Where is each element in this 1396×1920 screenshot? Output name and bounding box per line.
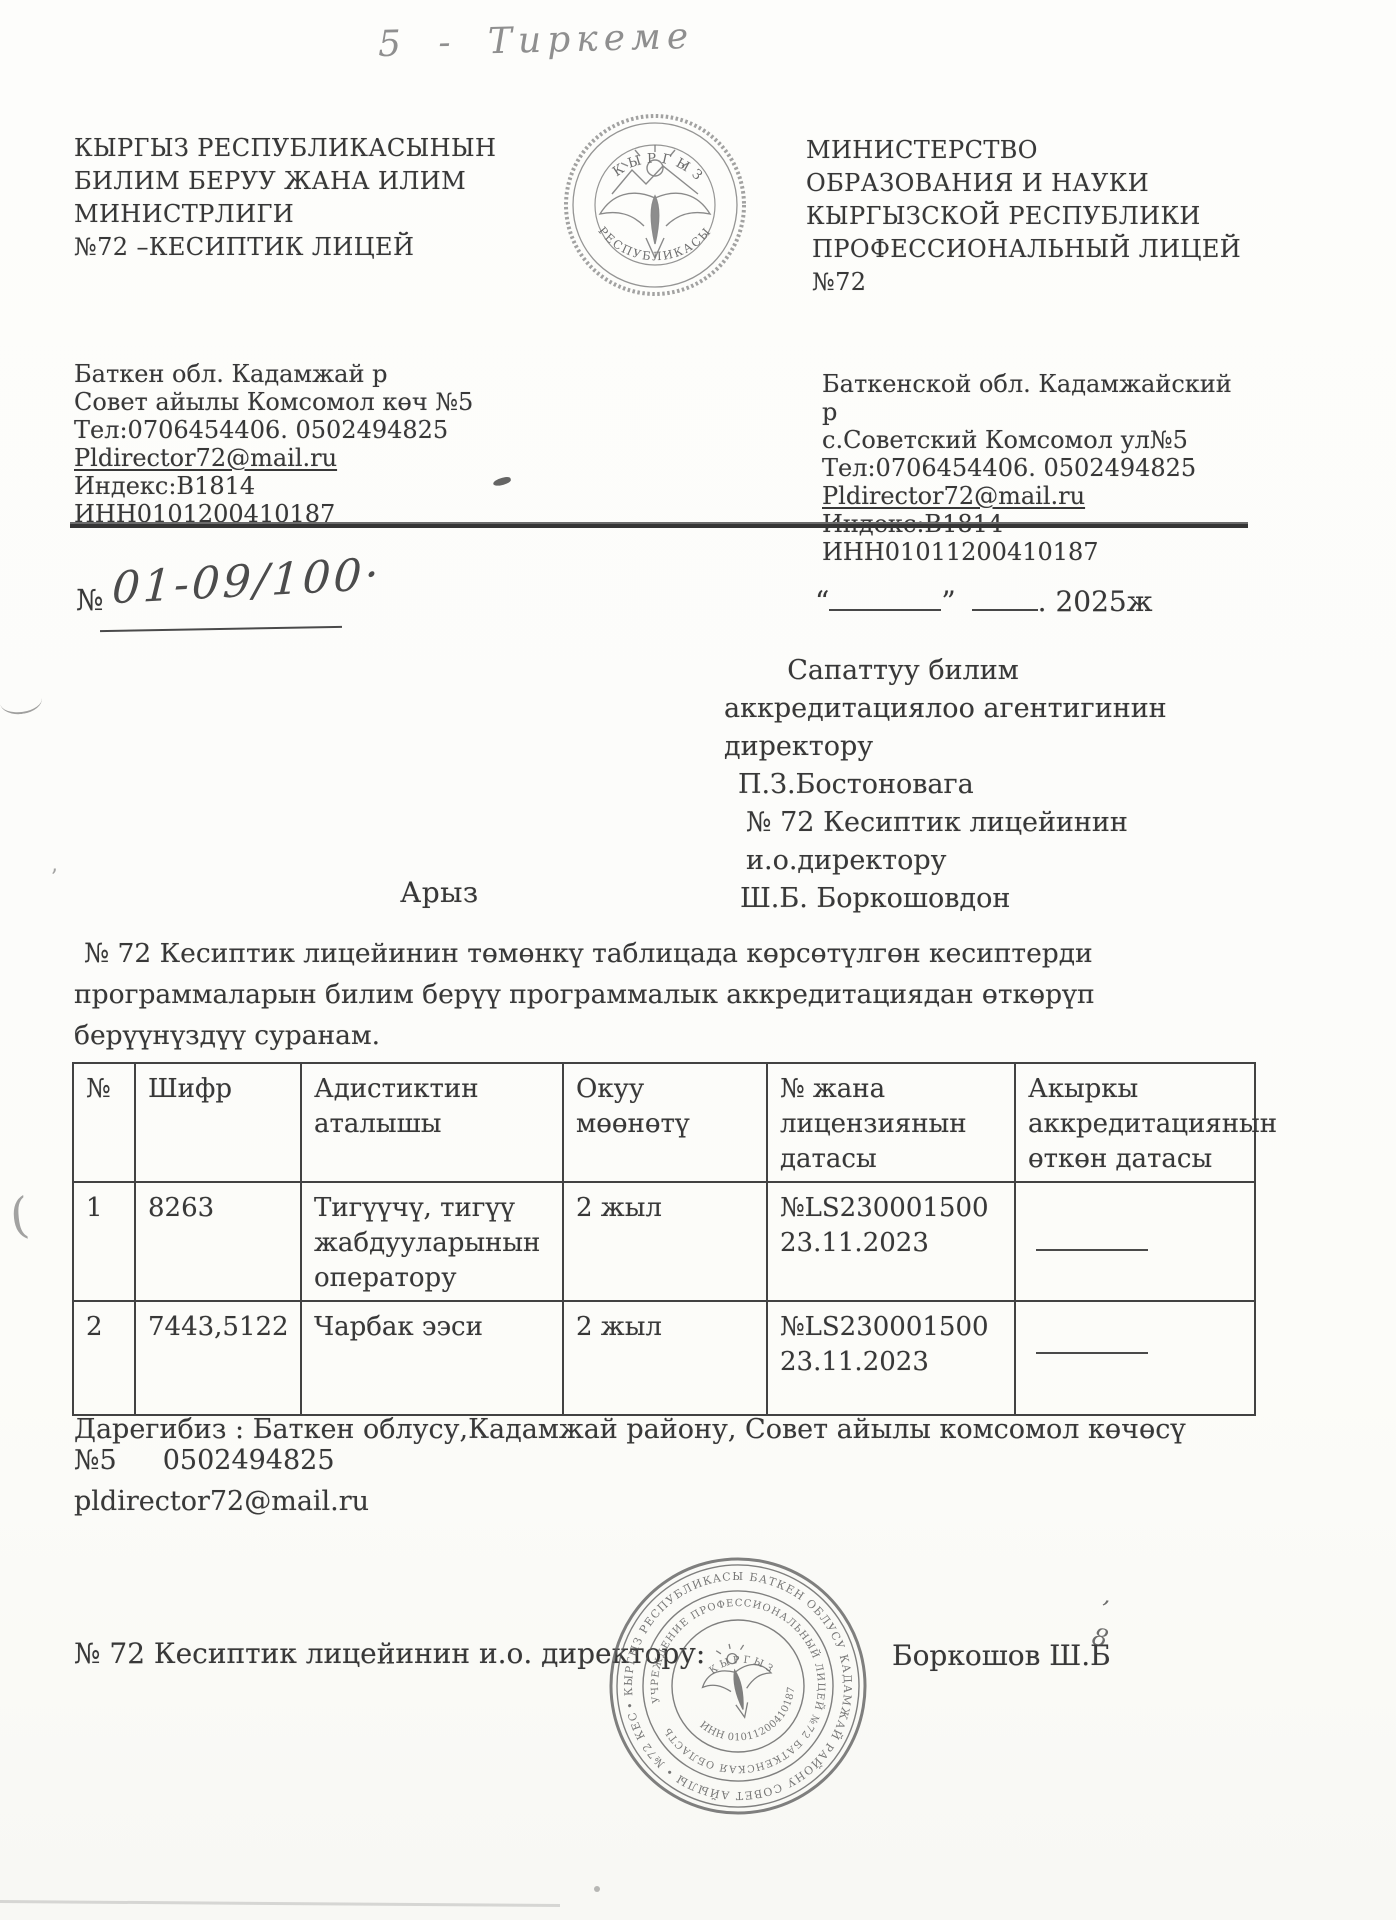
scan-artifact-bottom-edge-line <box>0 1900 560 1907</box>
scan-artifact-margin-bracket: ( <box>7 1187 31 1245</box>
cell-duration: 2 жыл <box>563 1182 767 1301</box>
letterhead-kyrgyz-line: №72 –КЕСИПТИК ЛИЦЕЙ <box>74 231 514 264</box>
scanned-document-page: 5 - Тиркеме КЫРГЫЗ РЕСПУБЛИКАСЫНЫН БИЛИМ… <box>0 0 1396 1920</box>
license-date: 23.11.2023 <box>780 1226 1002 1261</box>
contact-line: Баткен обл. Кадамжай р <box>74 360 494 388</box>
ref-number-underline <box>100 626 342 632</box>
addressee-line: Ш.Б. Боркошовдон <box>724 880 1232 918</box>
addressee-block: Сапаттуу билим аккредитациялоо агентигин… <box>724 652 1232 918</box>
application-title: Арыз <box>400 876 479 909</box>
contact-email: Pldirector72@mail.ru <box>822 482 1085 510</box>
addressee-line: № 72 Кесиптик лицейинин и.о.директору <box>724 804 1232 880</box>
svg-text:КЫРГЫЗ: КЫРГЫЗ <box>610 151 709 187</box>
contact-line: ИНН01011200410187 <box>822 538 1252 566</box>
col-header-code: Шифр <box>135 1063 301 1182</box>
scan-artifact-ink-smudge <box>492 476 511 487</box>
svg-text:ИНН 01011200410187: ИНН 01011200410187 <box>693 1684 807 1753</box>
license-date: 23.11.2023 <box>780 1345 1002 1380</box>
col-header-last-accreditation: Акыркы аккредитациянын өткөн датасы <box>1015 1063 1255 1182</box>
stamp-center-emblem <box>695 1637 779 1725</box>
contact-line: Тел:0706454406. 0502494825 <box>822 454 1252 482</box>
cell-no: 2 <box>73 1301 135 1415</box>
scan-artifact-comma-mark: ʼ <box>50 866 57 891</box>
footer-address-line: Дарегибиз : Баткен облусу,Кадамжай район… <box>74 1414 1396 1476</box>
cell-license: №LS230001500 23.11.2023 <box>767 1182 1015 1301</box>
addressee-line: аккредитациялоо агентигинин директору <box>724 690 1232 766</box>
contact-email: Pldirector72@mail.ru <box>74 444 337 472</box>
col-header-no: № <box>73 1063 135 1182</box>
cell-last-accreditation <box>1015 1301 1255 1415</box>
contact-line: Совет айылы Комсомол көч №5 <box>74 388 494 416</box>
cell-specialty: Чарбак ээси <box>301 1301 563 1415</box>
official-stamp: • КЫРГЫЗ РЕСПУБЛИКАСЫ БАТКЕН ОБЛУСУ КАДА… <box>604 1552 872 1820</box>
letterhead-russian-line: ПРОФЕССИОНАЛЬНЫЙ ЛИЦЕЙ №72 <box>806 233 1246 299</box>
license-number: №LS230001500 <box>780 1191 1002 1226</box>
date-open-quote: “ <box>815 585 829 618</box>
col-header-specialty: Адистиктин аталышы <box>301 1063 563 1182</box>
signatory-name: Боркошов Ш.Б <box>892 1639 1111 1672</box>
contact-block-russian: Баткенской обл. Кадамжайский р с.Советск… <box>822 370 1252 566</box>
date-day-blank <box>829 585 941 611</box>
cell-no: 1 <box>73 1182 135 1301</box>
col-header-duration: Окуу мөөнөтү <box>563 1063 767 1182</box>
letterhead-russian-line: КЫРГЫЗСКОЙ РЕСПУБЛИКИ <box>806 200 1246 233</box>
table-row: 2 7443,5122 Чарбак ээси 2 жыл №LS2300015… <box>73 1301 1255 1415</box>
blank-underline <box>1036 1249 1148 1251</box>
cell-code: 7443,5122 <box>135 1301 301 1415</box>
emblem-top-text: КЫРГЫЗ <box>610 151 709 187</box>
national-emblem: КЫРГЫЗ РЕСПУБЛИКАСЫ <box>560 110 750 300</box>
letterhead-kyrgyz: КЫРГЫЗ РЕСПУБЛИКАСЫНЫН БИЛИМ БЕРУУ ЖАНА … <box>74 132 514 264</box>
stamp-inn-text: ИНН 01011200410187 <box>693 1684 807 1753</box>
scan-artifact-margin-squiggle <box>0 685 44 717</box>
letterhead-kyrgyz-line: БИЛИМ БЕРУУ ЖАНА ИЛИМ <box>74 165 514 198</box>
date-month-blank <box>972 585 1038 611</box>
letterhead-kyrgyz-line: КЫРГЫЗ РЕСПУБЛИКАСЫНЫН <box>74 132 514 165</box>
addressee-line: П.З.Бостоновага <box>724 766 1232 804</box>
handwritten-attachment-note: 5 - Тиркеме <box>378 16 695 65</box>
contact-line: Баткенской обл. Кадамжайский р <box>822 370 1252 426</box>
header-divider <box>70 522 1248 528</box>
handwritten-ref-number: 01-09/100· <box>111 549 383 614</box>
footer-phone: 0502494825 <box>163 1445 335 1476</box>
ref-number-label: № <box>76 583 103 617</box>
application-body: № 72 Кесиптик лицейинин төмөнкү таблицад… <box>74 933 1262 1056</box>
cell-last-accreditation <box>1015 1182 1255 1301</box>
scan-artifact-pen-curl: ʼ8 <box>1089 1595 1117 1653</box>
letterhead-russian: МИНИСТЕРСТВО ОБРАЗОВАНИЯ И НАУКИ КЫРГЫЗС… <box>806 134 1246 299</box>
national-emblem-graphic: КЫРГЫЗ РЕСПУБЛИКАСЫ <box>560 110 750 300</box>
contact-line: Индекс:B1814 <box>74 472 494 500</box>
official-stamp-graphic: • КЫРГЫЗ РЕСПУБЛИКАСЫ БАТКЕН ОБЛУСУ КАДА… <box>604 1552 872 1820</box>
blank-underline <box>1036 1352 1148 1354</box>
license-number: №LS230001500 <box>780 1310 1002 1345</box>
date-year: . 2025ж <box>1038 585 1153 618</box>
contact-block-kyrgyz: Баткен обл. Кадамжай р Совет айылы Комсо… <box>74 360 494 528</box>
cell-duration: 2 жыл <box>563 1301 767 1415</box>
cell-code: 8263 <box>135 1182 301 1301</box>
addressee-line: Сапаттуу билим <box>724 652 1232 690</box>
date-close-quote: ” <box>941 585 955 618</box>
letterhead-russian-line: МИНИСТЕРСТВО <box>806 134 1246 167</box>
letterhead-russian-line: ОБРАЗОВАНИЯ И НАУКИ <box>806 167 1246 200</box>
col-header-license: № жана лицензиянын датасы <box>767 1063 1015 1182</box>
letterhead-kyrgyz-line: МИНИСТРЛИГИ <box>74 198 514 231</box>
table-row: 1 8263 Тигүүчү, тигүү жабдууларынын опер… <box>73 1182 1255 1301</box>
footer-email: pldirector72@mail.ru <box>74 1486 369 1517</box>
table-header-row: № Шифр Адистиктин аталышы Окуу мөөнөтү №… <box>73 1063 1255 1182</box>
scan-artifact-dot <box>594 1886 600 1892</box>
cell-license: №LS230001500 23.11.2023 <box>767 1301 1015 1415</box>
contact-line: с.Советский Комсомол ул№5 <box>822 426 1252 454</box>
programs-table: № Шифр Адистиктин аталышы Окуу мөөнөтү №… <box>72 1062 1256 1416</box>
contact-line: Тел:0706454406. 0502494825 <box>74 416 494 444</box>
cell-specialty: Тигүүчү, тигүү жабдууларынын оператору <box>301 1182 563 1301</box>
date-line: “”. 2025ж <box>815 585 1152 618</box>
